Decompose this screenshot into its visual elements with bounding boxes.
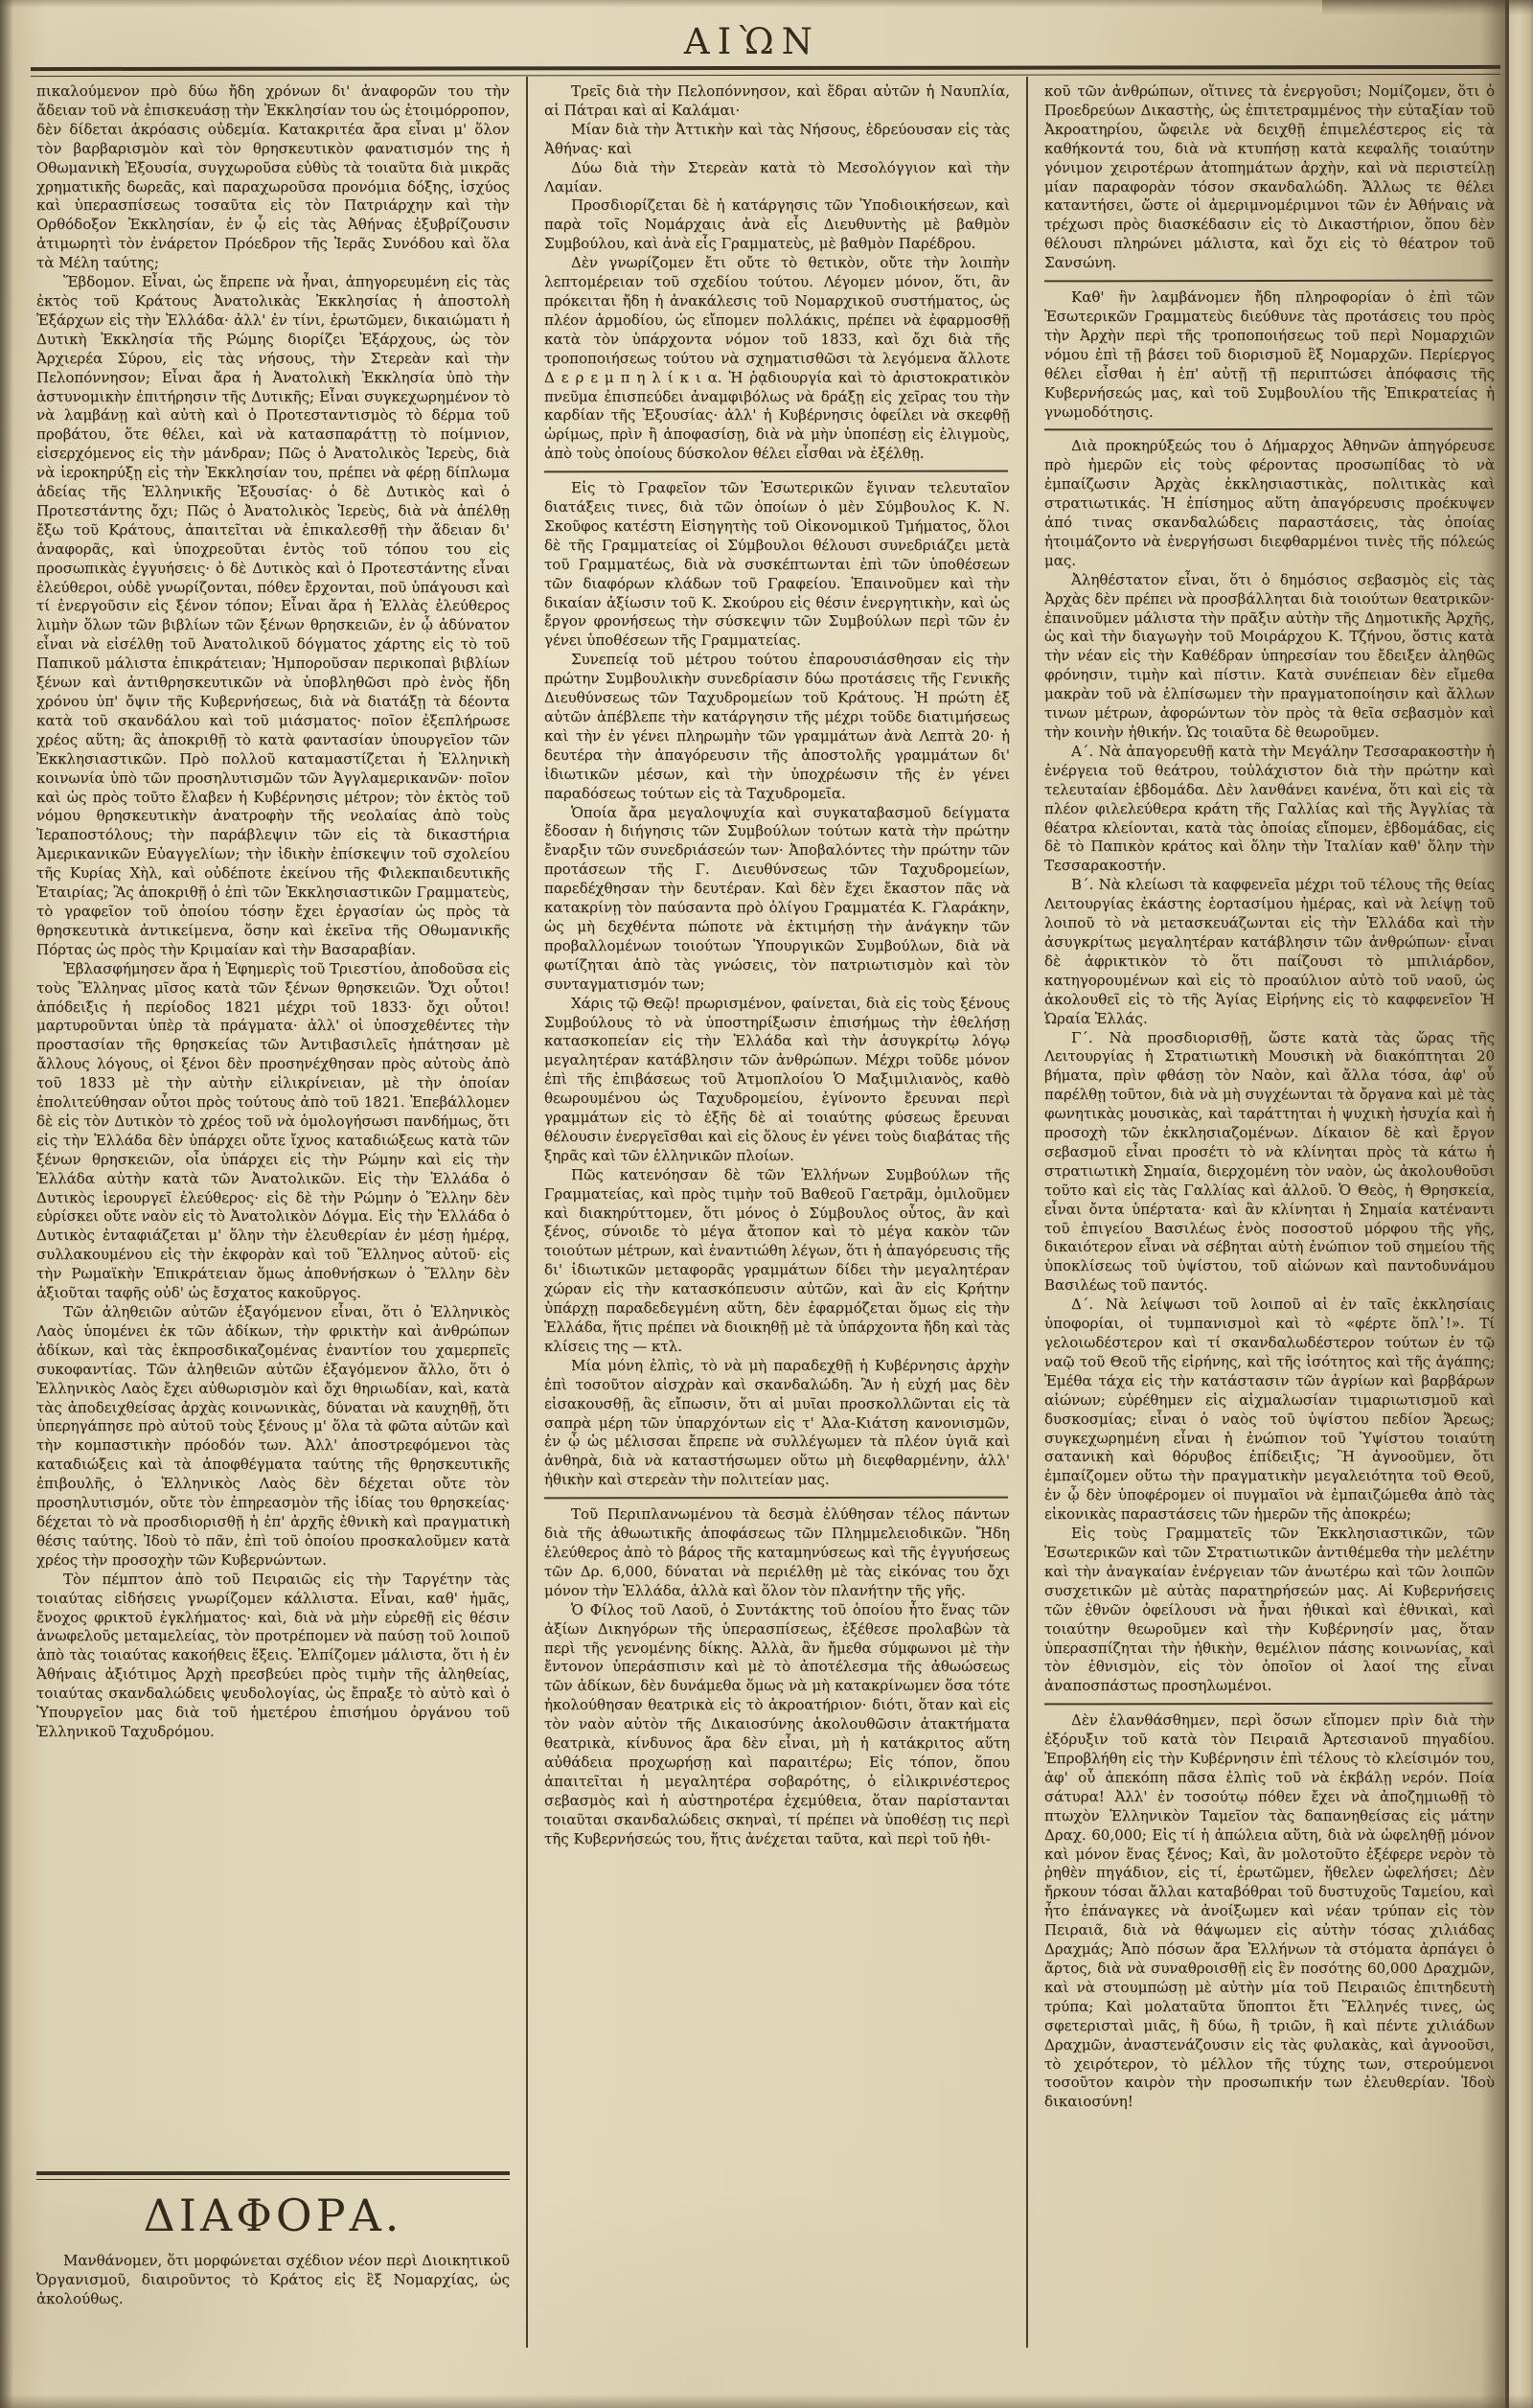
article-paragraph: Δὲν ἐλανθάσθημεν, περὶ ὅσων εἴπομεν πρὶν… — [1044, 1711, 1495, 2112]
column-2: Τρεῖς διὰ τὴν Πελοπόννησον, καὶ ἕδραι αὐ… — [544, 82, 1010, 2286]
column-divider-left — [526, 77, 528, 2348]
article-paragraph: Ὁποία ἄρα μεγαλοψυχία καὶ συγκαταβασμοῦ … — [544, 804, 1010, 995]
article-paragraph: Μίαν διὰ τὴν Ἀττικὴν καὶ τὰς Νήσους, ἑδρ… — [544, 121, 1010, 159]
article-paragraph: Τὸν πέμπτον ἀπὸ τοῦ Πειραιῶς εἰς τὴν Ταρ… — [36, 1571, 510, 1742]
section-divider — [544, 1497, 1008, 1500]
article-paragraph: Χάρις τῷ Θεῷ! πρωρισμένον, φαίνεται, διὰ… — [544, 995, 1010, 1166]
article-paragraph: Τῶν ἀληθειῶν αὐτῶν ἐξαγόμενον εἶναι, ὅτι… — [36, 1303, 510, 1571]
article-paragraph: Ἐβλασφήμησεν ἄρα ἡ Ἐφημερὶς τοῦ Τριεστίο… — [36, 960, 510, 1303]
article-paragraph: Μία μόνη ἐλπὶς, τὸ νὰ μὴ παραδεχθῇ ἡ Κυβ… — [544, 1357, 1010, 1490]
section-divider — [1044, 428, 1493, 431]
article-paragraph: Ὁ Φίλος τοῦ Λαοῦ, ὁ Συντάκτης τοῦ ὁποίου… — [544, 1601, 1010, 1849]
bottom-edge-shadow — [0, 2395, 1533, 2408]
article-paragraph: Δ´. Νὰ λείψωσι τοῦ λοιποῦ αἱ ἐν ταῖς ἐκκ… — [1044, 1296, 1495, 1525]
column-3: κοῦ τῶν ἀνθρώπων, οἵτινες τὰ ἐνεργοῦσι; … — [1044, 82, 1495, 2344]
article-paragraph: Συνεπείᾳ τοῦ μέτρου τούτου ἐπαρουσιάσθησ… — [544, 651, 1010, 803]
article-paragraph: Α´. Νὰ ἀπαγορευθῇ κατὰ τὴν Μεγάλην Τεσσα… — [1044, 743, 1495, 876]
newspaper-page: ΑΙῺΝ πικαλούμενον πρὸ δύω ἤδη χρόνων δι'… — [0, 0, 1533, 2408]
binding-shadow — [0, 0, 13, 2408]
adjacent-page-edge — [1509, 0, 1533, 2408]
article-paragraph: Ἀληθέστατον εἶναι, ὅτι ὁ δημόσιος σεβασμ… — [1044, 571, 1495, 743]
article-paragraph: Γ´. Νὰ προσδιορισθῇ, ὥστε κατὰ τὰς ὥρας … — [1044, 1029, 1495, 1296]
diafora-double-rule — [36, 2171, 510, 2180]
article-paragraph: Διὰ προκηρύξεώς του ὁ Δήμαρχος Ἀθηνῶν ἀπ… — [1044, 437, 1495, 570]
article-paragraph: Καθ' ἣν λαμβάνομεν ἤδη πληροφορίαν ὁ ἐπὶ… — [1044, 288, 1495, 422]
column-1: πικαλούμενον πρὸ δύω ἤδη χρόνων δι' ἀναφ… — [36, 82, 510, 2162]
diafora-heading: ΔΙΑΦΟΡΑ. — [36, 2190, 510, 2241]
diafora-paragraph: Μανθάνομεν, ὅτι μορφώνεται σχέδιον νέον … — [36, 2251, 510, 2308]
section-divider — [1044, 280, 1493, 283]
column-divider-right — [1026, 77, 1028, 2348]
article-paragraph: Ἕβδομον. Εἶναι, ὡς ἔπρεπε νὰ ἦναι, ἀπηγο… — [36, 273, 510, 960]
article-paragraph: Δὲν γνωρίζομεν ἔτι οὔτε τὸ θετικὸν, οὔτε… — [544, 254, 1010, 464]
article-paragraph: Β´. Νὰ κλείωσι τὰ καφφενεῖα μέχρι τοῦ τέ… — [1044, 876, 1495, 1028]
article-paragraph: Εἰς τοὺς Γραμματεῖς τῶν Ἐκκλησιαστικῶν, … — [1044, 1525, 1495, 1696]
article-paragraph: Εἰς τὸ Γραφεῖον τῶν Ἐσωτερικῶν ἔγιναν τε… — [544, 479, 1010, 651]
article-paragraph: Δύω διὰ τὴν Στερεὰν κατὰ τὸ Μεσολόγγιον … — [544, 159, 1010, 197]
article-paragraph: Προσδιορίζεται δὲ ἡ κατάργησις τῶν Ὑποδι… — [544, 196, 1010, 254]
masthead-double-rule — [31, 65, 1500, 77]
article-paragraph: Τοῦ Περιπλανωμένου τὰ δεσμὰ ἐλύθησαν τέλ… — [544, 1505, 1010, 1601]
article-paragraph: κοῦ τῶν ἀνθρώπων, οἵτινες τὰ ἐνεργοῦσι; … — [1044, 82, 1495, 273]
article-paragraph: Τρεῖς διὰ τὴν Πελοπόννησον, καὶ ἕδραι αὐ… — [544, 82, 1010, 121]
article-paragraph: Πῶς κατενόησαν δὲ τῶν Ἑλλήνων Συμβούλων … — [544, 1166, 1010, 1357]
section-divider — [1044, 1703, 1493, 1706]
diafora-section: ΔΙΑΦΟΡΑ. Μανθάνομεν, ὅτι μορφώνεται σχέδ… — [36, 2171, 510, 2308]
top-edge-shadow — [0, 0, 1533, 8]
page-gutter-shadow — [1480, 0, 1505, 2408]
masthead-title: ΑΙῺΝ — [0, 21, 1504, 62]
section-divider — [544, 470, 1008, 473]
article-paragraph: πικαλούμενον πρὸ δύω ἤδη χρόνων δι' ἀναφ… — [36, 82, 510, 273]
